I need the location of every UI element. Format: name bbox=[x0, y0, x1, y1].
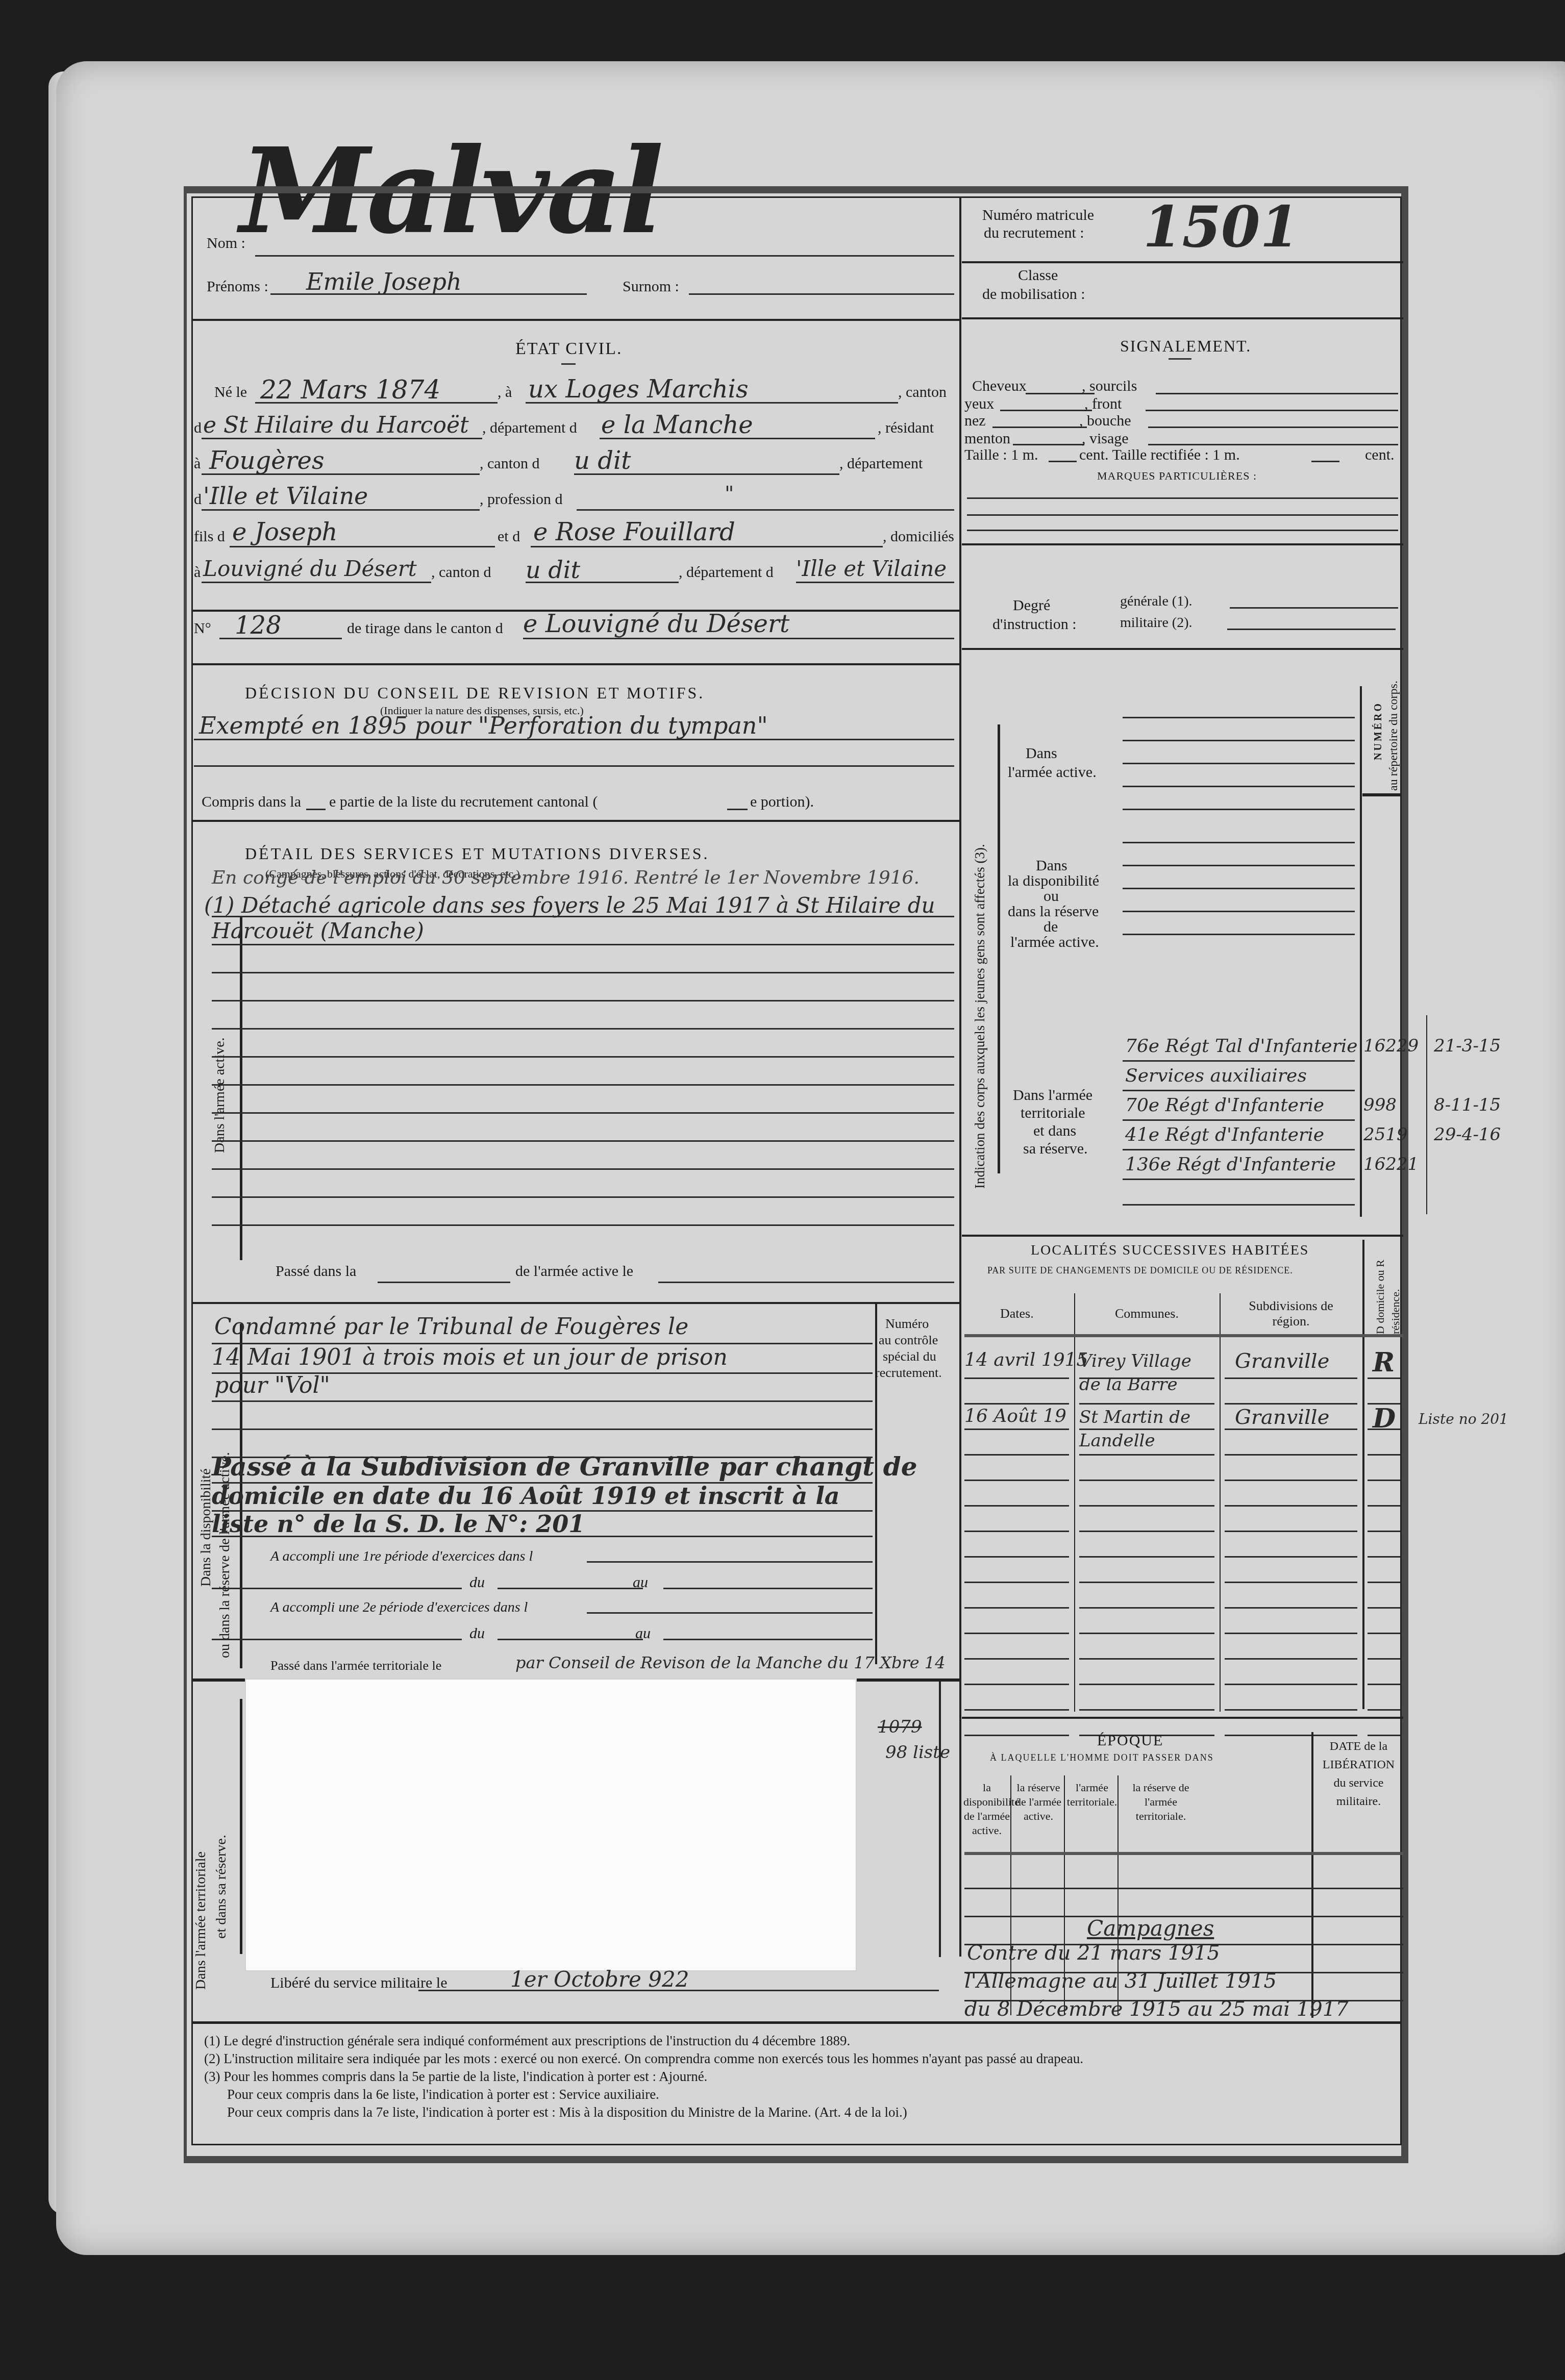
sourcils-label: , sourcils bbox=[1082, 378, 1137, 395]
campagnes-note-1: Campagnes bbox=[1087, 1916, 1214, 1941]
corps-name: 76e Régt Tal d'Infanterie bbox=[1125, 1036, 1358, 1057]
ruled-line bbox=[1123, 1149, 1355, 1150]
ruled-line bbox=[1368, 1556, 1401, 1558]
ruled-line bbox=[1079, 1505, 1214, 1507]
divider bbox=[962, 543, 1403, 545]
locality-note: Liste no 201 bbox=[1419, 1411, 1508, 1427]
territoriale-margin-note-2: 98 liste bbox=[885, 1742, 950, 1763]
corps-date: 29-4-16 bbox=[1434, 1124, 1501, 1145]
communes-column-header: Communes. bbox=[1115, 1306, 1179, 1321]
ruled-line bbox=[1368, 1582, 1401, 1583]
periode1-field bbox=[587, 1561, 873, 1563]
matricule-label-1: Numéro matricule bbox=[982, 207, 1094, 224]
ruled-line bbox=[1225, 1531, 1357, 1532]
fils-de-label: fils d bbox=[194, 528, 225, 545]
periode1-du: du bbox=[469, 1574, 485, 1591]
prenoms-label: Prénoms : bbox=[207, 278, 268, 295]
armee-active-side-label: Dans l'armée active. bbox=[212, 1037, 228, 1153]
matricule-value: 1501 bbox=[1143, 194, 1299, 260]
taille-cent2-label: cent. bbox=[1365, 446, 1394, 464]
prenoms-value: Emile Joseph bbox=[306, 268, 462, 295]
subdivisions-column-header: Subdivisions de région. bbox=[1232, 1298, 1350, 1329]
periode1-au-date bbox=[663, 1588, 873, 1589]
passe-label-1: Passé dans la bbox=[276, 1263, 356, 1280]
canton3-label: , canton d bbox=[431, 564, 491, 581]
pere-value: e Joseph bbox=[232, 518, 337, 546]
disponibilite-entry-2: 14 Mai 1901 à trois mois et un jour de p… bbox=[212, 1344, 728, 1370]
ruled-line bbox=[1079, 1582, 1214, 1583]
ruled-line bbox=[1079, 1607, 1214, 1609]
ruled-line bbox=[1225, 1480, 1357, 1481]
periode1-du-date bbox=[498, 1588, 643, 1589]
periode1-au: au bbox=[633, 1574, 648, 1591]
name-label: Nom : bbox=[207, 235, 245, 252]
ruled-line bbox=[1368, 1454, 1401, 1456]
libere-value: 1er Octobre 922 bbox=[510, 1967, 689, 1992]
ruled-line bbox=[1123, 809, 1355, 810]
territoriale-corps-label-1: Dans l'armée bbox=[1013, 1087, 1092, 1104]
corps-name: 136e Régt d'Infanterie bbox=[1125, 1154, 1336, 1175]
ruled-line bbox=[1123, 1090, 1355, 1091]
decision-value: Exempté en 1895 pour "Perforation du tym… bbox=[199, 712, 768, 739]
tirage-no-value: 128 bbox=[235, 611, 282, 640]
disponibilite-corps-label-4: dans la réserve bbox=[1008, 903, 1099, 920]
ruled-line bbox=[212, 1112, 954, 1114]
campagnes-note-4: du 8 Décembre 1915 au 25 mai 1917 bbox=[964, 1997, 1349, 2021]
ruled-line bbox=[964, 1454, 1069, 1456]
territoriale-side-label-1: Dans l'armée territoriale bbox=[193, 1851, 209, 1990]
departement2-label: , département bbox=[839, 455, 923, 472]
numero-label-2: au répertoire du corps. bbox=[1387, 681, 1401, 791]
domicile-field bbox=[202, 582, 431, 583]
taille-label: Taille : 1 m. bbox=[964, 446, 1038, 464]
ruled-line bbox=[1225, 1735, 1357, 1736]
ruled-line bbox=[967, 497, 1398, 499]
corps-name: 41e Régt d'Infanterie bbox=[1125, 1124, 1324, 1145]
ruled-line bbox=[1123, 842, 1355, 843]
epoque-column-header: la disponibilité de l'armée active. bbox=[963, 1781, 1010, 1838]
visage-field bbox=[1148, 444, 1398, 445]
footnote-4: Pour ceux compris dans la 6e liste, l'in… bbox=[227, 2087, 659, 2102]
corps-name: Services auxiliaires bbox=[1125, 1065, 1307, 1086]
ruled-line bbox=[212, 1028, 954, 1030]
ruled-line bbox=[212, 1400, 873, 1402]
ruled-line bbox=[1079, 1531, 1214, 1532]
services-title: DÉTAIL DES SERVICES ET MUTATIONS DIVERSE… bbox=[245, 844, 710, 863]
corps-numero: 998 bbox=[1363, 1095, 1397, 1115]
divider bbox=[962, 1717, 1403, 1719]
residant-label: , résidant bbox=[878, 419, 934, 437]
departement2-value: 'Ille et Vilaine bbox=[203, 482, 368, 510]
ruled-line bbox=[1123, 934, 1355, 935]
corps-numero: 2519 bbox=[1363, 1124, 1408, 1145]
epoque-title: ÉPOQUE bbox=[1097, 1732, 1163, 1749]
name-field bbox=[255, 255, 954, 257]
ruled-line bbox=[1368, 1607, 1401, 1609]
divider bbox=[191, 663, 959, 665]
date-liberation-text: DATE de la LIBÉRATION du service militai… bbox=[1316, 1737, 1401, 1811]
corps-date: 8-11-15 bbox=[1434, 1095, 1501, 1115]
ruled-line bbox=[964, 1531, 1069, 1532]
epoque-subtitle: À LAQUELLE L'HOMME DOIT PASSER DANS bbox=[990, 1752, 1214, 1763]
divider bbox=[962, 1235, 1403, 1237]
services-entry-1: En congé de l'emploi du 30 septembre 191… bbox=[212, 867, 920, 888]
footnote-5: Pour ceux compris dans la 7e liste, l'in… bbox=[227, 2105, 907, 2120]
bouche-label: , bouche bbox=[1079, 412, 1131, 430]
liberation-divider bbox=[1311, 1732, 1313, 2018]
locality-commune: Virey Village de la Barre bbox=[1079, 1349, 1217, 1396]
degre-label-2: d'instruction : bbox=[992, 616, 1077, 633]
ruled-line bbox=[964, 1607, 1069, 1609]
corps-side-label: Indication des corps auxquels les jeunes… bbox=[972, 844, 988, 1189]
canton2-value: u dit bbox=[574, 446, 631, 475]
corps-date: 21-3-15 bbox=[1434, 1036, 1501, 1056]
ruled-line bbox=[1079, 1556, 1214, 1558]
divider bbox=[191, 1302, 959, 1304]
disponibilite-entry-5: domicile en date du 16 Août 1919 et insc… bbox=[212, 1482, 840, 1510]
signalement-title: SIGNALEMENT. bbox=[1120, 337, 1251, 356]
et-de-label: et d bbox=[498, 528, 520, 545]
ruled-line bbox=[1079, 1480, 1214, 1481]
front-field bbox=[1146, 410, 1398, 411]
ruled-line bbox=[212, 1510, 873, 1512]
communes-divider bbox=[1220, 1293, 1221, 1712]
ruled-line bbox=[212, 1224, 954, 1226]
header-rule bbox=[964, 1334, 1403, 1337]
territoriale-corps-label-3: et dans bbox=[1033, 1122, 1076, 1140]
taille-rectifiee-field bbox=[1311, 461, 1339, 462]
degre-militaire-field bbox=[1227, 629, 1396, 630]
ruled-line bbox=[1123, 717, 1355, 718]
periode2-field bbox=[587, 1612, 873, 1614]
ruled-line bbox=[212, 916, 954, 917]
ruled-line bbox=[1368, 1735, 1401, 1736]
footnote-3: (3) Pour les hommes compris dans la 5e p… bbox=[204, 2069, 707, 2085]
ruled-line bbox=[964, 1582, 1069, 1583]
surnom-field bbox=[689, 293, 954, 295]
ruled-line bbox=[1079, 1658, 1214, 1660]
front-label: , front bbox=[1084, 395, 1122, 413]
ruled-line bbox=[1368, 1658, 1401, 1660]
ruled-line bbox=[212, 1482, 873, 1484]
ruled-line bbox=[964, 1684, 1069, 1685]
corps-numero: 16229 bbox=[1363, 1036, 1419, 1056]
profession-field bbox=[577, 509, 954, 511]
mere-value: e Rose Fouillard bbox=[533, 518, 735, 546]
ruled-line bbox=[964, 1658, 1069, 1660]
ruled-line bbox=[964, 1377, 1069, 1379]
domicile-value: Louvigné du Désert bbox=[203, 556, 417, 581]
periode1-du-field bbox=[212, 1588, 462, 1589]
profession-value: " bbox=[725, 482, 734, 506]
ruled-line bbox=[1079, 1633, 1214, 1634]
ruled-line bbox=[1079, 1403, 1214, 1405]
locality-commune: St Martin de Landelle bbox=[1079, 1406, 1217, 1452]
ruled-line bbox=[212, 1140, 954, 1142]
locality-dr: D bbox=[1373, 1403, 1396, 1434]
matricule-label-2: du recrutement : bbox=[984, 224, 1084, 242]
ruled-line bbox=[1123, 763, 1355, 764]
passe-date-field bbox=[658, 1282, 954, 1283]
numero-divider bbox=[1360, 686, 1362, 1217]
ruled-line bbox=[964, 1429, 1069, 1430]
armee-active-label-2: l'armée active. bbox=[1008, 764, 1097, 781]
classe-label-1: Classe bbox=[1018, 267, 1058, 284]
canton-label: , canton bbox=[898, 384, 947, 401]
controle-divider bbox=[875, 1302, 877, 1664]
ruled-line bbox=[1123, 865, 1355, 866]
ruled-line bbox=[964, 1403, 1069, 1405]
tirage-no-label: N° bbox=[194, 620, 211, 637]
ruled-line bbox=[1225, 1684, 1357, 1685]
a-label: , à bbox=[498, 384, 512, 401]
ruled-line bbox=[1225, 1709, 1357, 1711]
ruled-line bbox=[964, 1505, 1069, 1507]
locality-subdivision: Granville bbox=[1235, 1349, 1329, 1373]
compris-label-2: e partie de la liste du recrutement cant… bbox=[329, 793, 598, 811]
ruled-line bbox=[1368, 1709, 1401, 1711]
compris-label-3: e portion). bbox=[750, 793, 814, 811]
corps-name: 70e Régt d'Infanterie bbox=[1125, 1095, 1324, 1116]
ruled-line bbox=[964, 1709, 1069, 1711]
canton-value: e St Hilaire du Harcoët bbox=[203, 412, 469, 438]
cheveux-label: Cheveux bbox=[972, 378, 1027, 395]
bouche-field bbox=[1148, 427, 1398, 428]
numero-rule bbox=[1362, 793, 1401, 796]
epoque-column-header: la réserve de l'armée territoriale. bbox=[1120, 1781, 1202, 1823]
residant-a: à bbox=[194, 455, 201, 472]
yeux-field bbox=[1000, 410, 1092, 411]
compris-partie-field bbox=[306, 809, 326, 810]
ruled-line bbox=[1225, 1633, 1357, 1634]
decision-field-2 bbox=[194, 765, 954, 767]
compris-portion-field bbox=[727, 809, 748, 810]
numero-label-1: NUMÉRO bbox=[1373, 702, 1384, 760]
title-rule bbox=[1169, 358, 1191, 360]
passe-terr-label: Passé dans l'armée territoriale le bbox=[270, 1658, 441, 1673]
ruled-line bbox=[1225, 1582, 1357, 1583]
disponibilite-entry-6: liste n° de la S. D. le N°: 201 bbox=[212, 1510, 585, 1538]
ruled-line bbox=[1123, 888, 1355, 889]
locality-date: 14 avril 1915 bbox=[964, 1349, 1088, 1370]
ruled-line bbox=[964, 1556, 1069, 1558]
periode2-label: A accompli une 2e période d'exercices da… bbox=[270, 1599, 528, 1616]
divider bbox=[962, 261, 1403, 263]
ruled-line bbox=[212, 1056, 954, 1058]
ruled-line bbox=[212, 1196, 954, 1198]
dates-column-header: Dates. bbox=[1000, 1306, 1034, 1321]
ruled-line bbox=[967, 530, 1398, 531]
ruled-line bbox=[212, 1000, 954, 1001]
section-bracket bbox=[240, 1699, 242, 1954]
divider bbox=[962, 317, 1403, 319]
ruled-line bbox=[212, 1457, 873, 1458]
menton-label: menton bbox=[964, 430, 1010, 447]
ruled-line bbox=[1225, 1505, 1357, 1507]
epoque-column-header: la réserve de l'armée active. bbox=[1013, 1781, 1064, 1823]
decision-title: DÉCISION DU CONSEIL DE REVISION ET MOTIF… bbox=[245, 684, 705, 703]
locality-dr: R bbox=[1373, 1347, 1395, 1378]
ne-le-label: Né le bbox=[214, 384, 247, 401]
disponibilite-entry-1: Condamné par le Tribunal de Fougères le bbox=[214, 1314, 688, 1340]
redacted-area bbox=[245, 1678, 857, 1971]
armee-active-label-1: Dans bbox=[1026, 745, 1057, 762]
ruled-line bbox=[1123, 1179, 1355, 1180]
ruled-line bbox=[1368, 1531, 1401, 1532]
ne-le-value: 22 Mars 1874 bbox=[260, 375, 440, 405]
corps-bracket bbox=[998, 724, 1000, 1173]
canton-d: d bbox=[194, 419, 202, 437]
departement3-field bbox=[796, 582, 954, 583]
yeux-label: yeux bbox=[964, 395, 994, 413]
divider bbox=[962, 648, 1403, 650]
locality-subdivision: Granville bbox=[1235, 1406, 1329, 1429]
ruled-line bbox=[212, 1084, 954, 1086]
ruled-line bbox=[964, 1888, 1403, 1889]
campagnes-note-3: l'Allemagne au 31 Juillet 1915 bbox=[964, 1969, 1277, 1993]
ruled-line bbox=[1123, 911, 1355, 912]
departement2-d: d bbox=[194, 491, 202, 508]
surnom-label: Surnom : bbox=[623, 278, 679, 295]
territoriale-corps-label-2: territoriale bbox=[1021, 1105, 1085, 1122]
controle-divider bbox=[939, 1682, 941, 1957]
periode1-label: A accompli une 1re période d'exercices d… bbox=[270, 1548, 533, 1565]
ruled-line bbox=[1123, 740, 1355, 741]
compris-label-1: Compris dans la bbox=[202, 793, 301, 811]
locality-date: 16 Août 19 bbox=[964, 1406, 1066, 1426]
passe-terr-value: par Conseil de Revison de la Manche du 1… bbox=[515, 1653, 946, 1672]
ruled-line bbox=[964, 1633, 1069, 1634]
footnote-2: (2) L'instruction militaire sera indiqué… bbox=[204, 2051, 1083, 2067]
libere-label: Libéré du service militaire le bbox=[270, 1974, 448, 1992]
departement-label: , département d bbox=[482, 419, 577, 437]
localites-title: LOCALITÉS SUCCESSIVES HABITÉES bbox=[1031, 1242, 1309, 1259]
disponibilite-corps-label-6: l'armée active. bbox=[1010, 934, 1099, 951]
domicilies-label: , domiciliés bbox=[883, 528, 954, 545]
territoriale-corps-label-4: sa réserve. bbox=[1023, 1140, 1088, 1158]
section-bracket bbox=[240, 916, 242, 1260]
disponibilite-entry-4: Passé à la Subdivision de Granville par … bbox=[212, 1451, 917, 1482]
services-entry-2: (1) Détaché agricole dans ses foyers le … bbox=[204, 893, 935, 918]
controle-label-3: spécial du bbox=[883, 1349, 936, 1364]
ruled-line bbox=[1225, 1658, 1357, 1660]
footnote-1: (1) Le degré d'instruction générale sera… bbox=[204, 2033, 850, 2049]
ruled-line bbox=[1123, 1204, 1355, 1206]
ruled-line bbox=[1123, 1060, 1355, 1062]
controle-label-1: Numéro bbox=[885, 1316, 929, 1332]
epoque-column-header: l'armée territoriale. bbox=[1066, 1781, 1117, 1809]
ruled-line bbox=[1368, 1684, 1401, 1685]
taille-cent-label: cent. Taille rectifiée : 1 m. bbox=[1079, 446, 1240, 464]
etat-civil-title: ÉTAT CIVIL. bbox=[515, 339, 622, 359]
marques-label: MARQUES PARTICULIÈRES : bbox=[1097, 469, 1257, 483]
disponibilite-corps-label-3: ou bbox=[1044, 888, 1059, 905]
departement-value: e la Manche bbox=[601, 411, 753, 439]
ruled-line bbox=[967, 514, 1398, 516]
corps-numero: 16221 bbox=[1363, 1154, 1419, 1174]
title-rule bbox=[561, 363, 576, 365]
passe-field bbox=[378, 1282, 510, 1283]
residant-value: Fougères bbox=[209, 446, 325, 475]
tirage-canton-value: e Louvigné du Désert bbox=[523, 610, 789, 638]
ruled-line bbox=[212, 1536, 873, 1537]
taille-field bbox=[1049, 461, 1077, 462]
ruled-line bbox=[1079, 1454, 1214, 1456]
menton-field bbox=[1013, 444, 1084, 445]
header-rule bbox=[964, 1852, 1403, 1855]
disponibilite-corps-label-2: la disponibilité bbox=[1008, 872, 1099, 890]
passe-label-2: de l'armée active le bbox=[515, 1263, 633, 1280]
ruled-line bbox=[1368, 1505, 1401, 1507]
territoriale-side-label-2: et dans sa réserve. bbox=[213, 1835, 230, 1939]
periode2-au-date bbox=[663, 1639, 873, 1640]
ruled-line bbox=[964, 1480, 1069, 1481]
degre-generale-field bbox=[1230, 607, 1398, 609]
nez-label: nez bbox=[964, 412, 986, 430]
ruled-line bbox=[212, 1168, 954, 1170]
domicile-a: à bbox=[194, 564, 201, 581]
controle-label-4: recrutement. bbox=[875, 1365, 942, 1381]
campagnes-note-2: Contre du 21 mars 1915 bbox=[967, 1941, 1220, 1965]
ruled-line bbox=[1225, 1607, 1357, 1609]
ruled-line bbox=[212, 1343, 873, 1344]
ruled-line bbox=[1079, 1684, 1214, 1685]
ruled-line bbox=[1123, 786, 1355, 787]
ruled-line bbox=[1368, 1480, 1401, 1481]
ruled-line bbox=[1225, 1556, 1357, 1558]
disponibilite-corps-label-5: de bbox=[1044, 918, 1058, 936]
disponibilite-entry-3: pour "Vol" bbox=[214, 1372, 330, 1398]
localites-subtitle: PAR SUITE DE CHANGEMENTS DE DOMICILE OU … bbox=[987, 1265, 1293, 1276]
services-entry-3: Harcouët (Manche) bbox=[212, 918, 424, 943]
canton3-value: u dit bbox=[526, 556, 580, 584]
ruled-line bbox=[1225, 1377, 1357, 1379]
periode2-du: du bbox=[469, 1625, 485, 1642]
canton2-label: , canton d bbox=[480, 455, 539, 472]
profession-label: , profession d bbox=[480, 491, 562, 508]
periode2-au: au bbox=[635, 1625, 651, 1642]
ruled-line bbox=[212, 1429, 873, 1430]
departement3-value: 'Ille et Vilaine bbox=[796, 556, 947, 581]
dr-column-label: D domicile ou R résidence. bbox=[1373, 1242, 1403, 1334]
lieu-naissance-value: ux Loges Marchis bbox=[528, 375, 749, 404]
controle-label-2: au contrôle bbox=[879, 1333, 938, 1348]
divider bbox=[191, 820, 959, 822]
periode2-du-field bbox=[212, 1639, 462, 1640]
periode2-du-date bbox=[498, 1639, 643, 1640]
corps-number-divider bbox=[1426, 1015, 1427, 1214]
ruled-line bbox=[964, 1735, 1069, 1736]
tirage-label: de tirage dans le canton d bbox=[347, 620, 503, 637]
territoriale-margin-note-1: 1079 bbox=[878, 1717, 922, 1737]
degre-militaire: militaire (2). bbox=[1120, 615, 1193, 631]
ruled-line bbox=[1368, 1633, 1401, 1634]
departement3-label: , département d bbox=[679, 564, 774, 581]
nez-field bbox=[992, 427, 1087, 428]
ruled-line bbox=[1225, 1403, 1357, 1405]
ruled-line bbox=[212, 972, 954, 973]
sourcils-field bbox=[1156, 393, 1398, 394]
degre-generale: générale (1). bbox=[1120, 593, 1192, 610]
ruled-line bbox=[1123, 1119, 1355, 1121]
ruled-line bbox=[1079, 1709, 1214, 1711]
divider bbox=[191, 2021, 1402, 2024]
visage-label: , visage bbox=[1082, 430, 1129, 447]
column-divider bbox=[959, 196, 961, 1957]
ruled-line bbox=[1225, 1454, 1357, 1456]
dr-divider bbox=[1362, 1240, 1364, 1709]
divider bbox=[191, 319, 959, 321]
